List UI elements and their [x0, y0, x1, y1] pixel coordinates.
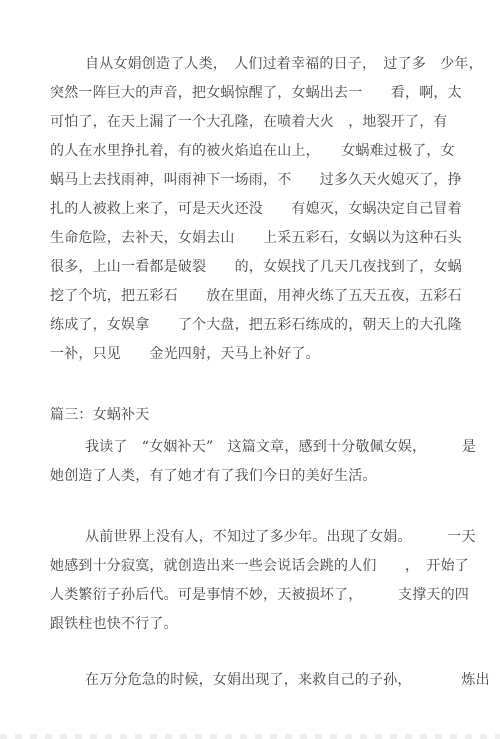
text-line: 我读了 “女姻补天” 这篇文章，感到十分敬佩女娱， 是 — [50, 433, 454, 462]
paragraph-1: 自从女娟创造了人类， 人们过着幸福的日子， 过了多 少年， 突然一阵巨大的声音，… — [50, 50, 454, 369]
text-line: 生命危险，去补天，女娟去山 上采五彩石，女蜗以为这种石头 — [50, 224, 454, 253]
text-line: 人类繁衍子孙后代。可是事情不妙，天被损坏了， 支撑天的四 — [50, 581, 454, 610]
text-line: 的人在水里挣扎着，有的被火焰追在山上， 女蜗难过极了，女 — [50, 137, 454, 166]
paragraph-2: 我读了 “女姻补天” 这篇文章，感到十分敬佩女娱， 是 她创造了人类，有了她才有… — [50, 433, 454, 491]
text-line: 她创造了人类，有了她才有了我们今日的美好生活。 — [50, 462, 454, 491]
document-page: 自从女娟创造了人类， 人们过着幸福的日子， 过了多 少年， 突然一阵巨大的声音，… — [0, 0, 500, 739]
text-line: 从前世界上没有人，不知过了多少年。出现了女娟。 一天 — [50, 523, 454, 552]
text-line: 练成了，女娱拿 了个大盘，把五彩石练成的，朝天上的大孔隆 — [50, 311, 454, 340]
text-line: 一补，只见 金光四射，天马上补好了。 — [50, 340, 454, 369]
paragraph-4: 在万分危急的时候，女娟出现了，来救自己的子孙， 炼出 — [50, 666, 454, 695]
text-line: 很多，上山一看都是破裂 的，女娱找了几天几夜找到了，女蜗 — [50, 253, 454, 282]
text-line: 突然一阵巨大的声音，把女蜗惊醒了，女蜗出去一 看，啊，太 — [50, 79, 454, 108]
paragraph-3: 从前世界上没有人，不知过了多少年。出现了女娟。 一天 她感到十分寂寞，就创造出来… — [50, 523, 454, 639]
text-line: 挖了个坑，把五彩石 放在里面，用神火练了五天五夜，五彩石 — [50, 282, 454, 311]
text-line: 可怕了，在天上漏了一个大孔隆，在喷着大火 ，地裂开了，有 — [50, 108, 454, 137]
document-body: 自从女娟创造了人类， 人们过着幸福的日子， 过了多 少年， 突然一阵巨大的声音，… — [50, 50, 454, 695]
text-line: 跟铁柱也快不行了。 — [50, 610, 454, 639]
text-line: 她感到十分寂寞，就创造出来一些会说话会跳的人们 ， 开始了 — [50, 552, 454, 581]
text-line: 自从女娟创造了人类， 人们过着幸福的日子， 过了多 少年， — [50, 50, 454, 79]
text-line: 蜗马上去找雨神，叫雨神下一场雨，不 过多久天火媳灭了，挣 — [50, 166, 454, 195]
text-line: 扎的人被救上来了，可是天火还没 有媳灭，女蜗决定自己冒着 — [50, 195, 454, 224]
text-line: 在万分危急的时候，女娟出现了，来救自己的子孙， 炼出 — [50, 666, 454, 695]
clipped-text-row — [0, 734, 500, 739]
section-heading: 篇三：女蜗补天 — [50, 401, 454, 430]
